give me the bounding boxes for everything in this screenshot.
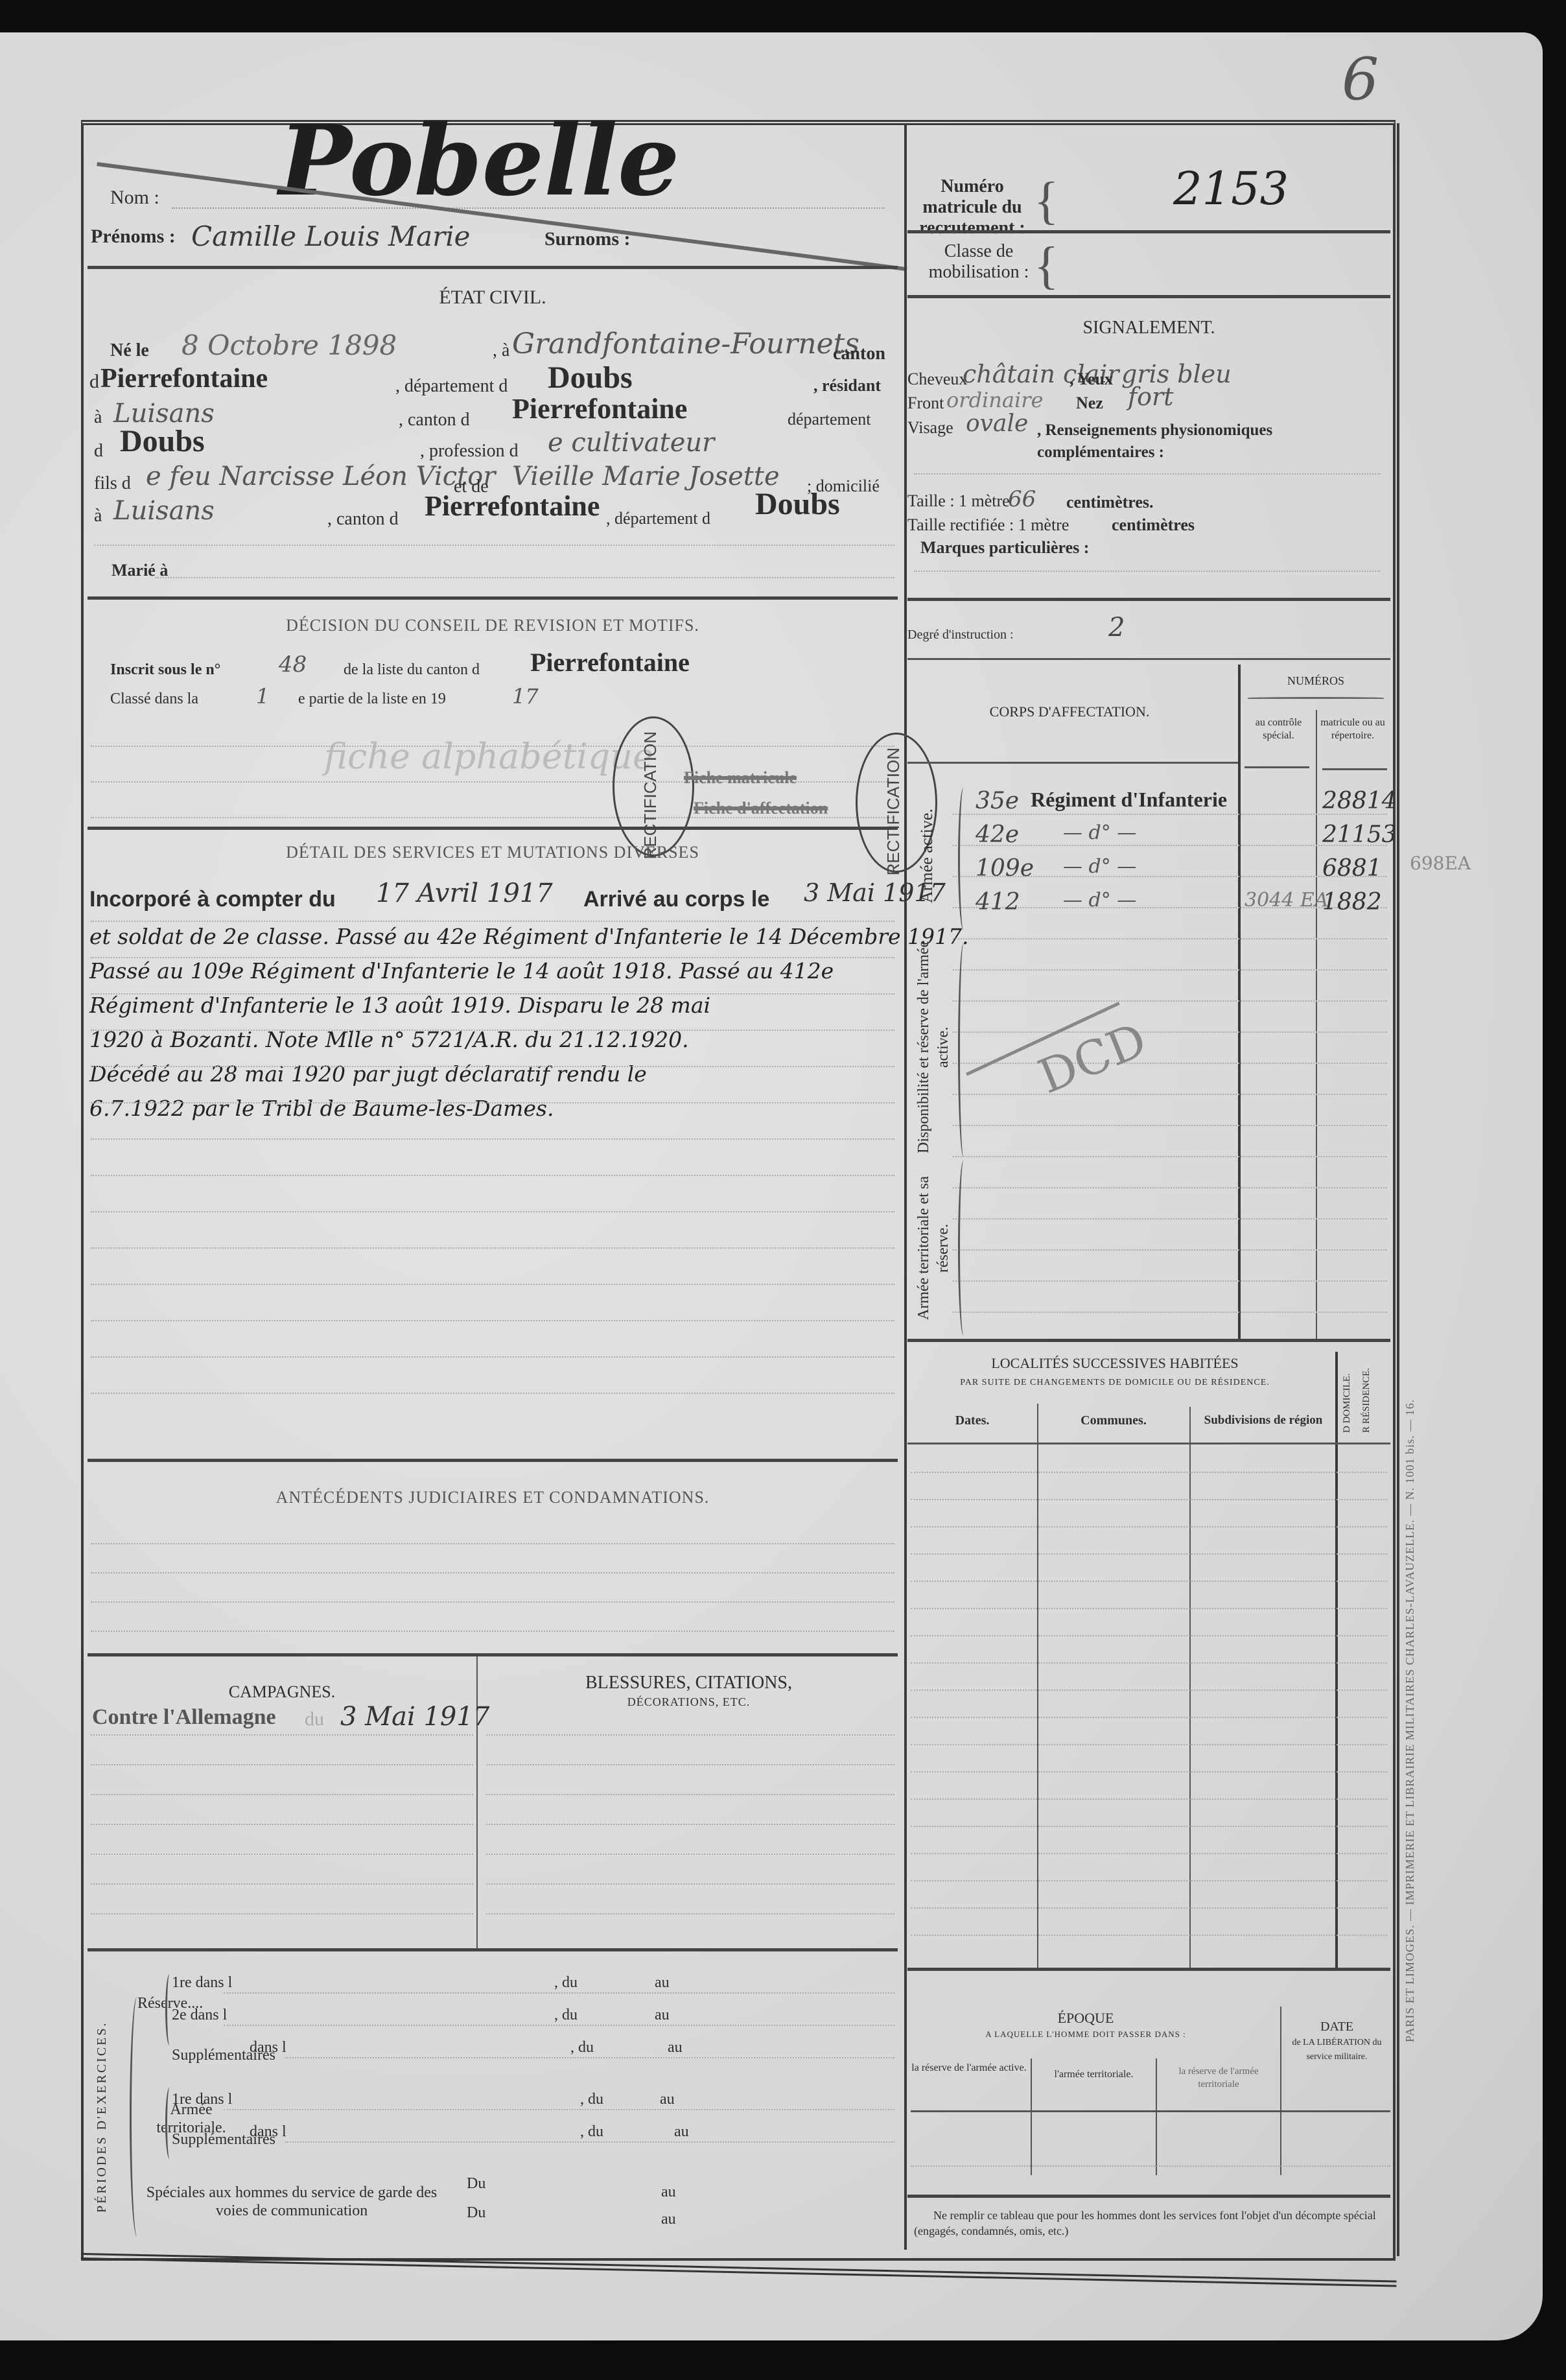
- date-title: DATE: [1283, 2020, 1390, 2034]
- outer-rule: [1397, 123, 1399, 2256]
- rule: [907, 1968, 1390, 1971]
- nez: fort: [1128, 383, 1173, 411]
- blank-line: [91, 1138, 894, 1140]
- column-divider: [904, 123, 907, 2250]
- domicile: Luisans: [113, 496, 215, 526]
- col-communes: Communes.: [1038, 1413, 1189, 1428]
- brace: {: [1034, 237, 1058, 296]
- rule: [907, 230, 1390, 233]
- etat-civil-title: ÉTAT CIVIL.: [88, 287, 898, 309]
- regiment-number: 412: [976, 889, 1020, 915]
- nom-line: [172, 207, 885, 209]
- periode-label: 1re dans l: [172, 2091, 232, 2108]
- controle-number: 3044 EA: [1245, 889, 1328, 912]
- matricule-number: 2153: [1173, 162, 1289, 215]
- blank-line: [953, 1187, 1387, 1188]
- services-title: DÉTAIL DES SERVICES ET MUTATIONS DIVERSE…: [88, 843, 898, 862]
- epoque-title: ÉPOQUE: [907, 2010, 1264, 2027]
- blank-line: [91, 1175, 894, 1176]
- epoque-col-3: la réserve de l'armée territoriale: [1160, 2065, 1277, 2091]
- blank-line: [486, 1734, 894, 1736]
- au-label: au: [661, 2184, 676, 2201]
- blank-line: [911, 1880, 1387, 1881]
- periodes-label: PÉRIODES D'EXERCICES.: [94, 2010, 129, 2224]
- du-label: , du: [580, 2123, 603, 2141]
- au-label: au: [668, 2039, 683, 2056]
- blank-line: [914, 473, 1381, 475]
- profession: e cultivateur: [548, 428, 714, 458]
- brace: [958, 943, 969, 1157]
- blank-line: [911, 1472, 1387, 1473]
- centimetres-label: centimètres.: [1066, 493, 1154, 512]
- au-label: au: [674, 2123, 689, 2141]
- birth-canton: Pierrefontaine: [100, 363, 268, 394]
- father: e feu Narcisse Léon Victor: [146, 462, 495, 491]
- residant-label: , résidant: [813, 376, 881, 395]
- corps-name: — d° —: [1063, 855, 1136, 878]
- prenoms: Camille Louis Marie: [191, 220, 470, 252]
- rule: [907, 1339, 1390, 1342]
- blank-line: [911, 1499, 1387, 1500]
- blank-line: [911, 1907, 1387, 1909]
- blank-line: [91, 1102, 894, 1103]
- blank-line: [953, 938, 1387, 939]
- imprint: PARIS ET LIMOGES. — IMPRIMERIE ET LIBRAI…: [1403, 1199, 1417, 2042]
- blank-line: [91, 1284, 894, 1285]
- blank-line: [486, 1883, 894, 1885]
- blank-line: [911, 1526, 1387, 1527]
- liste-canton-label: de la liste du canton d: [344, 661, 480, 679]
- service-line: 6.7.1922 par le Tribl de Baume-les-Dames…: [89, 1091, 900, 1125]
- dans-label: dans l: [250, 2123, 286, 2141]
- canton-prefix: d: [89, 371, 99, 393]
- regiment-number: 42e: [976, 821, 1019, 848]
- column-divider: [1037, 1404, 1038, 1968]
- domicile-prefix: à: [94, 506, 102, 526]
- blank-line: [953, 1218, 1387, 1219]
- blank-line: [91, 1030, 894, 1031]
- localites-subtitle: PAR SUITE DE CHANGEMENTS DE DOMICILE OU …: [907, 1378, 1322, 1388]
- column-divider: [1280, 2007, 1281, 2175]
- column-divider: [1031, 2058, 1032, 2175]
- arrive-label: Arrivé au corps le: [583, 887, 769, 912]
- blank-line: [224, 2025, 894, 2026]
- degre-label: Degré d'instruction :: [907, 628, 1014, 642]
- annee: 17: [512, 684, 539, 709]
- marques-label: Marques particulières :: [920, 538, 1089, 558]
- rule: [1322, 768, 1387, 770]
- blank-line: [953, 969, 1387, 971]
- departement-label: , département d: [395, 376, 508, 397]
- brace: {: [1034, 172, 1058, 231]
- visage: ovale: [966, 410, 1028, 437]
- brace: [165, 1974, 174, 2045]
- blank-line: [911, 1662, 1387, 1664]
- blank-line: [911, 1608, 1387, 1609]
- service-line: et soldat de 2e classe. Passé au 42e Rég…: [89, 919, 900, 954]
- service-line: Passé au 109e Régiment d'Infanterie le 1…: [89, 954, 900, 988]
- blank-line: [91, 1854, 473, 1855]
- blessures-subtitle: DÉCORATIONS, ETC.: [480, 1695, 898, 1709]
- a-label: , à: [493, 340, 509, 361]
- date-sub: de LA LIBÉRATION du service militaire.: [1283, 2036, 1390, 2064]
- epoque-subtitle: A LAQUELLE L'HOMME DOIT PASSER DANS :: [907, 2029, 1264, 2040]
- blank-line: [911, 2165, 1390, 2167]
- dept-prefix: d: [94, 441, 103, 462]
- blank-line: [911, 1935, 1387, 1936]
- blank-line: [91, 1543, 894, 1544]
- blank-line: [911, 1690, 1387, 1691]
- inscrit-label: Inscrit sous le n°: [110, 661, 220, 679]
- blank-line: [486, 1913, 894, 1915]
- blank-line: [953, 1094, 1387, 1095]
- mother: Vieille Marie Josette: [512, 462, 780, 491]
- dans-label: dans l: [250, 2039, 286, 2056]
- blank-line: [953, 1280, 1387, 1282]
- column-divider: [476, 1656, 478, 1948]
- section-territoriale: Armée territoriale et sa réserve.: [914, 1161, 955, 1336]
- col-controle: au contrôle spécial.: [1241, 716, 1316, 742]
- rule: [907, 295, 1390, 298]
- blank-line: [91, 993, 894, 995]
- brace-line: [1248, 697, 1384, 699]
- margin-note: 698EA: [1410, 853, 1471, 874]
- liste-canton: Pierrefontaine: [530, 647, 690, 677]
- nez-label: Nez: [1076, 394, 1103, 413]
- blank-line: [911, 1717, 1387, 1718]
- brace: [958, 788, 969, 930]
- renseignements-label: , Renseignements physionomiques compléme…: [1037, 419, 1390, 464]
- inscrit-numero: 48: [279, 652, 307, 677]
- blank-line: [911, 1744, 1387, 1745]
- departement-residence-label: département: [788, 410, 871, 429]
- blank-line: [911, 1798, 1387, 1800]
- blank-line: [91, 1794, 473, 1795]
- blank-line: [911, 1553, 1387, 1555]
- register-page: 6 Pobelle Nom : Prénoms : Camille Louis …: [0, 32, 1543, 2340]
- canton-domicile-label: , canton d: [327, 509, 399, 530]
- service-line: Décédé au 28 mai 1920 par jugt déclarati…: [89, 1057, 900, 1091]
- canton-label: canton: [833, 344, 885, 364]
- campagnes-title: CAMPAGNES.: [88, 1682, 476, 1702]
- au-label: au: [660, 2091, 675, 2108]
- rectification-stamp: RECTIFICATION: [613, 716, 694, 856]
- column-divider: [1238, 665, 1241, 1339]
- rule: [88, 596, 898, 600]
- taille: 66: [1008, 486, 1036, 512]
- corps-name: — d° —: [1063, 821, 1136, 844]
- regiment-number: 35e: [976, 788, 1019, 814]
- regiment-number: 109e: [976, 855, 1034, 882]
- au-label: au: [655, 1974, 670, 1992]
- blank-line: [953, 1063, 1387, 1064]
- blank-line: [285, 2057, 894, 2058]
- canton-residence-label: , canton d: [399, 410, 470, 430]
- page-number: 6: [1342, 45, 1379, 113]
- du-label: , du: [554, 1974, 578, 1992]
- front: ordinaire: [946, 388, 1043, 412]
- section-disponibilite: Disponibilité et réserve de l'armée acti…: [914, 940, 955, 1154]
- col-dates: Dates.: [907, 1413, 1037, 1428]
- visage-label: Visage: [907, 418, 953, 438]
- rule: [88, 1948, 898, 1951]
- epoque-col-2: l'armée territoriale.: [1034, 2068, 1154, 2081]
- birth-place: Grandfontaine-Fournets: [512, 327, 859, 360]
- rule: [907, 1443, 1390, 1444]
- blank-line: [953, 1249, 1387, 1251]
- section-armee-active: Armée active.: [917, 797, 956, 914]
- nom-label: Nom :: [110, 187, 159, 209]
- blank-line: [911, 1581, 1387, 1582]
- residence-canton: Pierrefontaine: [512, 392, 687, 425]
- stamp-text: RECTIFICATION: [640, 731, 660, 859]
- blank-line: [486, 1824, 894, 1825]
- column-divider: [1189, 1407, 1191, 1968]
- blank-line: [91, 746, 894, 747]
- blank-line: [911, 1826, 1387, 1827]
- blank-line: [911, 1771, 1387, 1773]
- campagne-stamp: Contre l'Allemagne: [92, 1705, 276, 1730]
- incorpore-date: 17 Avril 1917: [376, 878, 553, 908]
- blank-line: [486, 1794, 894, 1795]
- epoque-note: Ne remplir ce tableau que pour les homme…: [914, 2208, 1387, 2239]
- blank-line: [91, 1913, 473, 1915]
- periode-label: 2e dans l: [172, 2007, 227, 2024]
- partie: 1: [256, 684, 269, 709]
- blank-line: [914, 571, 1381, 572]
- du-label: Du: [467, 2204, 485, 2222]
- signalement-title: SIGNALEMENT.: [907, 318, 1390, 338]
- col-matricule: matricule ou au répertoire.: [1317, 716, 1388, 742]
- col-domicile: D DOMICILE.: [1342, 1355, 1353, 1433]
- taille-rectifiee-label: Taille rectifiée : 1 mètre: [907, 515, 1069, 535]
- service-line: 1920 à Bozanti. Note Mlle n° 5721/A.R. d…: [89, 1022, 900, 1057]
- struck-fiche-affectation: Fiche d'affectation: [694, 799, 828, 818]
- blank-line: [285, 2141, 894, 2143]
- brace: [165, 2088, 174, 2159]
- blank-line: [91, 1572, 894, 1573]
- conseil-title: DÉCISION DU CONSEIL DE REVISION ET MOTIF…: [88, 616, 898, 635]
- campagne-du: du: [305, 1708, 324, 1730]
- domicile-canton: Pierrefontaine: [425, 489, 600, 523]
- rule: [907, 2195, 1390, 2198]
- blank-line: [91, 1734, 473, 1736]
- blank-line: [91, 1393, 894, 1394]
- blank-line: [91, 1247, 894, 1249]
- blank-line: [953, 1312, 1387, 1313]
- blank-line: [224, 2109, 894, 2110]
- profession-label: , profession d: [420, 441, 519, 462]
- struck-fiche-matricule: Fiche matricule: [684, 768, 797, 788]
- classe-dans-label: Classé dans la: [110, 690, 198, 708]
- epoque-col-1: la réserve de l'armée active.: [911, 2062, 1027, 2075]
- blank-line: [486, 1764, 894, 1765]
- blank-line: [91, 921, 894, 922]
- blank-line: [91, 1320, 894, 1321]
- brace: [958, 1161, 969, 1336]
- blank-line: [91, 1764, 473, 1765]
- au-label: au: [661, 2211, 676, 2228]
- rule: [88, 1653, 898, 1656]
- affectation-title: CORPS D'AFFECTATION.: [907, 703, 1232, 720]
- birth-department: Doubs: [548, 360, 633, 395]
- blank-line: [91, 1211, 894, 1212]
- au-label: au: [655, 2007, 670, 2024]
- matricule-number: 21153: [1322, 821, 1397, 848]
- matricule-number: 1882: [1322, 889, 1382, 915]
- classe-label: Classe de mobilisation :: [907, 241, 1050, 283]
- ne-le-label: Né le: [110, 340, 149, 361]
- incorpore-label: Incorporé à compter du: [89, 887, 336, 912]
- du-label: , du: [580, 2091, 603, 2108]
- rule: [911, 2110, 1390, 2112]
- du-label: , du: [554, 2007, 578, 2024]
- taille-label: Taille : 1 mètre: [907, 491, 1010, 511]
- residence-prefix: à: [94, 407, 102, 428]
- blank-line: [91, 1631, 894, 1632]
- rule: [88, 1459, 898, 1462]
- corps-name: — d° —: [1063, 889, 1136, 912]
- column-divider: [1156, 2058, 1157, 2175]
- blank-line: [486, 1854, 894, 1855]
- blank-line: [224, 1992, 894, 1994]
- blank-line: [911, 1853, 1387, 1854]
- blank-line: [91, 1356, 894, 1358]
- cheveux-label: Cheveux: [907, 370, 967, 389]
- numeros-title: NUMÉROS: [1241, 674, 1390, 688]
- surname: Pobelle: [279, 104, 680, 218]
- rule: [1245, 766, 1309, 768]
- partie-label: e partie de la liste en 19: [298, 690, 446, 708]
- column-divider: [1316, 710, 1317, 1339]
- rule: [907, 658, 1390, 660]
- departement-domicile-label: , département d: [606, 509, 710, 528]
- residence-department: Doubs: [120, 423, 205, 459]
- blank-line: [94, 545, 894, 546]
- speciales-label: Spéciales aux hommes du service de garde…: [136, 2184, 447, 2220]
- blessures-title: BLESSURES, CITATIONS,: [480, 1673, 898, 1693]
- rule: [907, 762, 1238, 764]
- blank-line: [953, 1031, 1387, 1033]
- yeux-label: , Yeux: [1069, 370, 1113, 389]
- localites-title: LOCALITÉS SUCCESSIVES HABITÉES: [907, 1355, 1322, 1372]
- blank-line: [91, 1824, 473, 1825]
- periode-label: 1re dans l: [172, 1974, 232, 1992]
- rule: [88, 266, 898, 269]
- birth-date: 8 Octobre 1898: [181, 329, 397, 361]
- blank-line: [91, 1066, 894, 1067]
- rule: [88, 827, 898, 830]
- blank-line: [91, 1601, 894, 1603]
- services-detail: et soldat de 2e classe. Passé au 42e Rég…: [89, 919, 900, 1125]
- front-label: Front: [907, 394, 944, 413]
- blank-line: [953, 1000, 1387, 1002]
- du-label: , du: [570, 2039, 594, 2056]
- prenoms-label: Prénoms :: [91, 226, 176, 248]
- marie-line: [156, 577, 894, 578]
- degre-instruction: 2: [1108, 613, 1125, 642]
- matricule-number: 6881: [1322, 855, 1382, 882]
- pencil-note: fiche alphabétique: [324, 736, 653, 777]
- matricule-label: Numéro matricule du recrutement :: [907, 176, 1037, 239]
- du-label: Du: [467, 2175, 485, 2193]
- blank-line: [91, 1883, 473, 1885]
- domicile-department: Doubs: [755, 486, 840, 522]
- blank-line: [911, 1635, 1387, 1636]
- blank-line: [953, 1156, 1387, 1157]
- rule: [907, 598, 1390, 601]
- blank-line: [953, 1125, 1387, 1126]
- antecedents-title: ANTÉCÉDENTS JUDICIAIRES ET CONDAMNATIONS…: [88, 1488, 898, 1507]
- corps-name: Régiment d'Infanterie: [1031, 788, 1227, 812]
- campagne-date: 3 Mai 1917: [340, 1702, 489, 1732]
- matricule-number: 28814: [1322, 788, 1397, 814]
- col-residence: R RÉSIDENCE.: [1361, 1355, 1372, 1433]
- fils-label: fils d: [94, 473, 131, 494]
- col-subdivisions: Subdivisions de région: [1191, 1413, 1335, 1428]
- centimetres-label: centimètres: [1112, 515, 1195, 535]
- blank-line: [91, 957, 894, 958]
